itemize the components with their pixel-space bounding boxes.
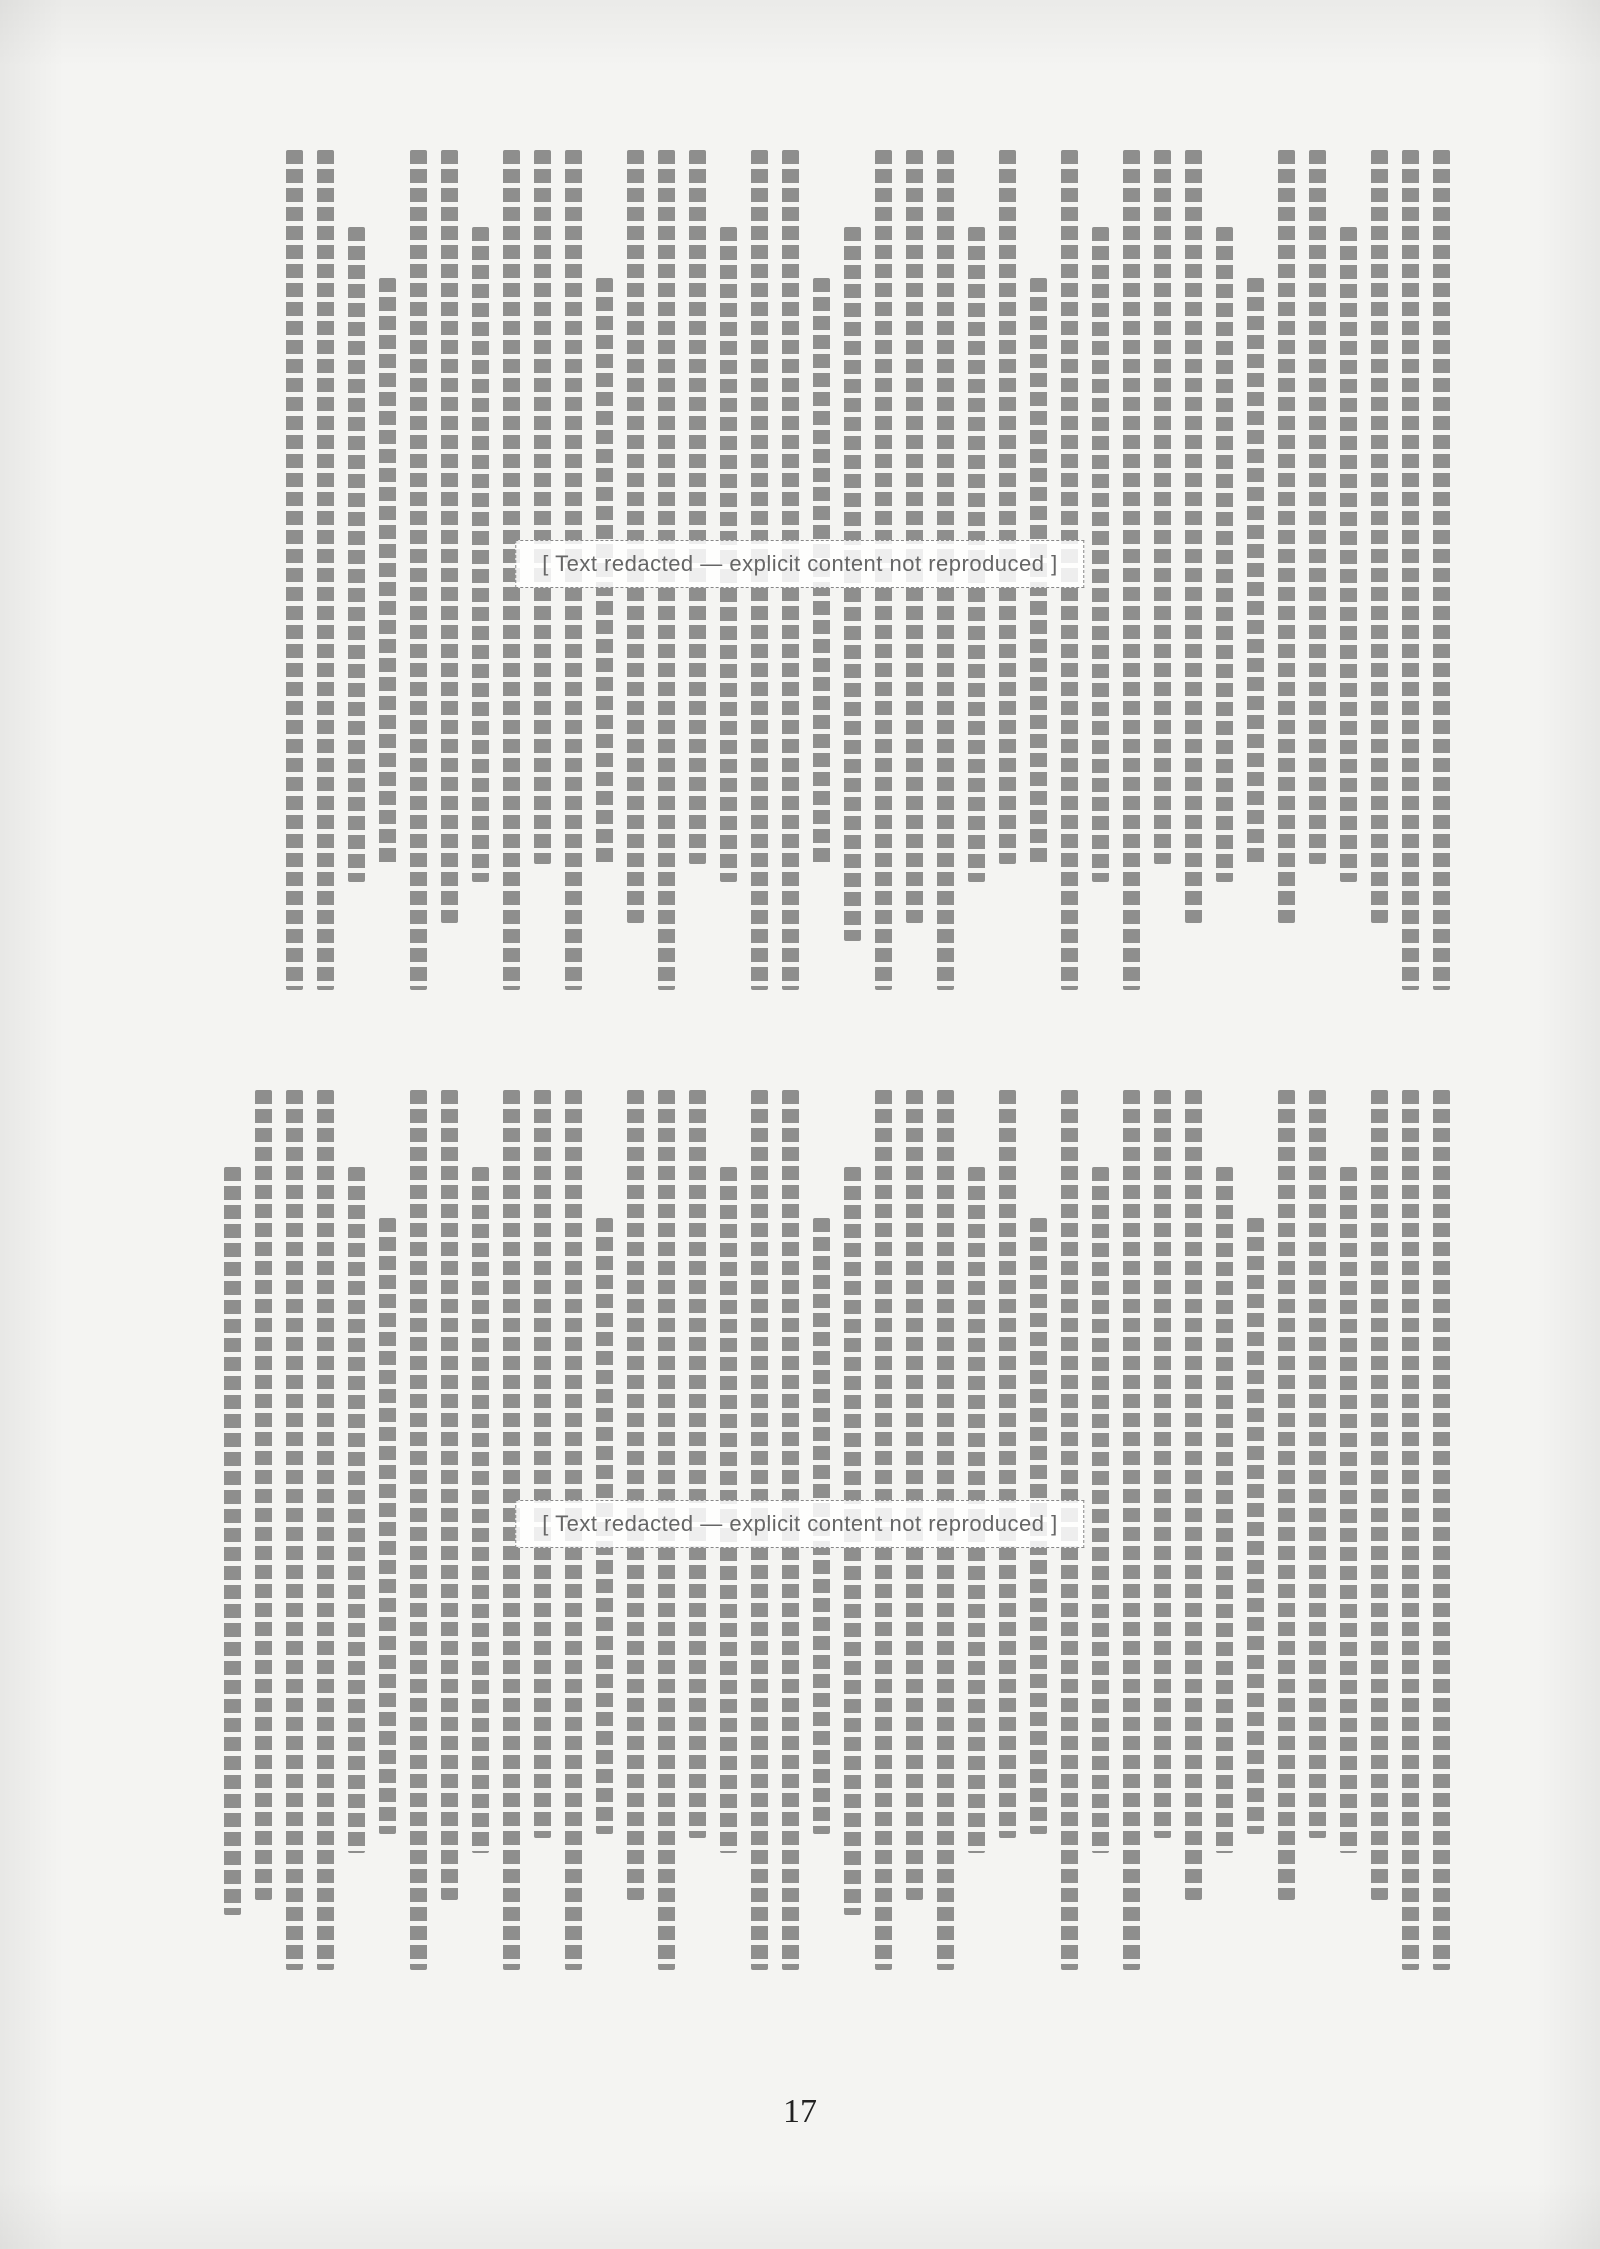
greeked-text-column bbox=[1216, 227, 1233, 882]
redaction-note: [ Text redacted — explicit content not r… bbox=[515, 1500, 1084, 1548]
greeked-text-column bbox=[689, 1090, 706, 1838]
greeked-text-column bbox=[286, 150, 303, 990]
greeked-text-column bbox=[1092, 1167, 1109, 1853]
greeked-text-column bbox=[1123, 1090, 1140, 1970]
greeked-text-column bbox=[286, 1090, 303, 1970]
greeked-text-column bbox=[441, 1090, 458, 1900]
greeked-text-column bbox=[1185, 150, 1202, 923]
greeked-text-column bbox=[410, 150, 427, 990]
greeked-text-column bbox=[1185, 1090, 1202, 1900]
greeked-text-column bbox=[1340, 1167, 1357, 1853]
greeked-text-column bbox=[999, 1090, 1016, 1838]
greeked-text-column bbox=[441, 150, 458, 923]
greeked-text-column bbox=[627, 150, 644, 923]
greeked-text-column bbox=[1371, 1090, 1388, 1900]
greeked-text-column bbox=[255, 1090, 272, 1900]
greeked-text-column bbox=[1371, 150, 1388, 923]
scanned-page: [ Text redacted — explicit content not r… bbox=[0, 0, 1600, 2249]
greeked-text-column bbox=[1216, 1167, 1233, 1853]
greeked-text-column bbox=[472, 227, 489, 882]
greeked-text-column bbox=[1247, 278, 1264, 866]
greeked-text-column bbox=[410, 1090, 427, 1970]
greeked-text-column bbox=[1154, 150, 1171, 864]
greeked-text-column bbox=[348, 1167, 365, 1853]
greeked-text-column bbox=[689, 150, 706, 864]
greeked-text-column bbox=[317, 150, 334, 990]
greeked-text-column bbox=[1402, 150, 1419, 990]
greeked-text-column bbox=[906, 150, 923, 923]
greeked-text-column bbox=[1340, 227, 1357, 882]
greeked-text-column bbox=[1402, 1090, 1419, 1970]
greeked-text-column bbox=[1433, 1090, 1450, 1970]
greeked-text-column bbox=[627, 1090, 644, 1900]
greeked-text-column bbox=[1247, 1218, 1264, 1834]
greeked-text-column bbox=[379, 278, 396, 866]
greeked-text-column bbox=[1123, 150, 1140, 990]
greeked-text-column bbox=[534, 150, 551, 864]
greeked-text-column bbox=[224, 1167, 241, 1915]
greeked-text-column bbox=[906, 1090, 923, 1900]
greeked-text-column bbox=[1278, 150, 1295, 923]
redaction-note: [ Text redacted — explicit content not r… bbox=[515, 540, 1084, 588]
greeked-text-column bbox=[1433, 150, 1450, 990]
greeked-text-column bbox=[1154, 1090, 1171, 1838]
greeked-text-column bbox=[1092, 227, 1109, 882]
greeked-text-column bbox=[999, 150, 1016, 864]
greeked-text-column bbox=[1278, 1090, 1295, 1900]
greeked-text-column bbox=[1309, 150, 1326, 864]
greeked-text-column bbox=[317, 1090, 334, 1970]
page-number: 17 bbox=[0, 2093, 1600, 2131]
greeked-text-column bbox=[1309, 1090, 1326, 1838]
greeked-text-column bbox=[379, 1218, 396, 1834]
greeked-text-column bbox=[534, 1090, 551, 1838]
greeked-text-column bbox=[348, 227, 365, 882]
greeked-text-column bbox=[472, 1167, 489, 1853]
